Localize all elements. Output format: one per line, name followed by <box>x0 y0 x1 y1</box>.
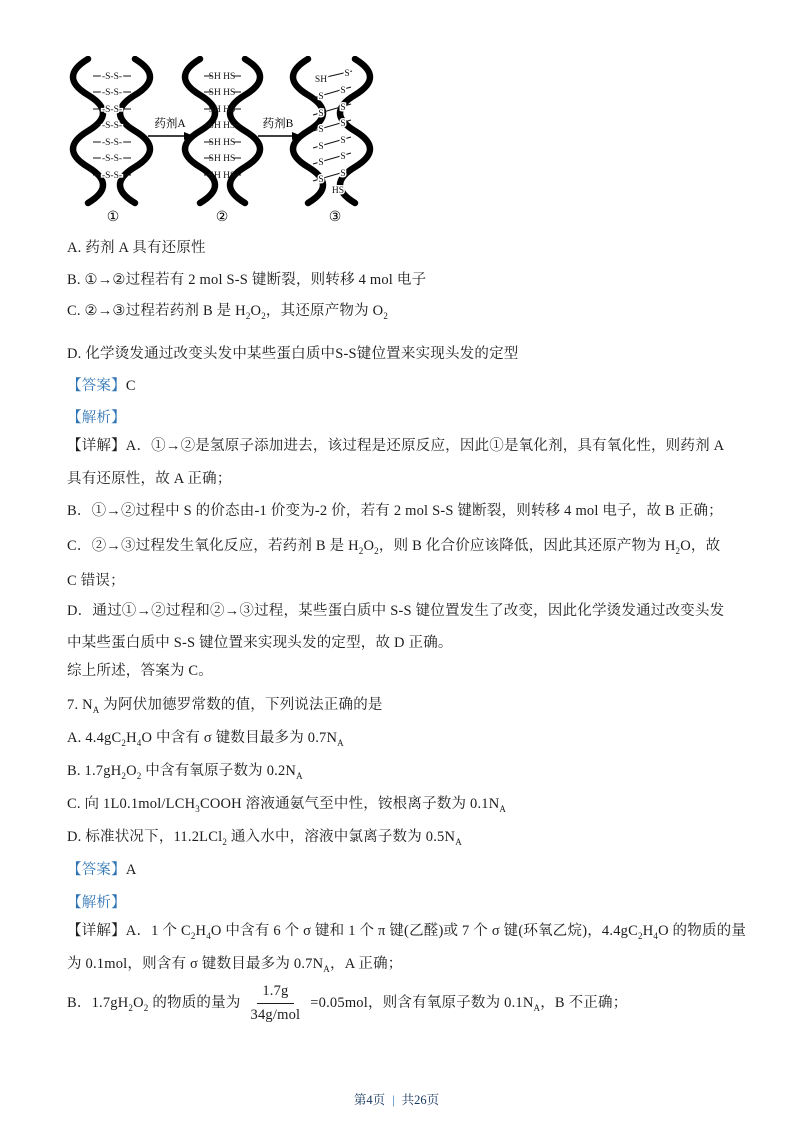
svg-text:S: S <box>340 119 345 129</box>
page-number: 第4页 <box>354 1093 385 1107</box>
fraction-prefix-text: B．1.7gH2O2 的物质的量为 <box>67 993 241 1014</box>
q7-detail-line-1: 【详解】A．1 个 C2H4O 中含有 6 个 σ 键和 1 个 π 键(乙醛)… <box>67 921 746 942</box>
svg-text:-S-S-: -S-S- <box>102 88 122 98</box>
svg-text:-S-S-: -S-S- <box>102 138 122 148</box>
svg-text:S: S <box>318 109 323 119</box>
q7-detail-line-2: 为 0.1mol，则含有 σ 键数目最多为 0.7NA，A 正确； <box>67 954 403 975</box>
q7-detail-line-b: B．1.7gH2O2 的物质的量为 1.7g 34g/mol =0.05mol，… <box>67 976 627 1030</box>
document-page: -S-S- -S-S- -S-S- -S-S- -S-S- -S-S- -S-S… <box>0 0 793 1122</box>
footer-separator: | <box>385 1093 402 1107</box>
total-pages: 共26页 <box>402 1093 440 1107</box>
q7-option-c: C. 向 1L0.1mol/LCH3COOH 溶液通氨气至中性，铵根离子数为 0… <box>67 794 506 815</box>
q6-detail-line-6: D．通过①→②过程和②→③过程，某些蛋白质中 S-S 键位置发生了改变，因此化学… <box>67 601 724 622</box>
svg-text:SH HS: SH HS <box>209 154 236 164</box>
q6-option-d: D. 化学烫发通过改变头发中某些蛋白质中S-S键位置来实现头发的定型 <box>67 344 518 365</box>
q7-option-d: D. 标准状况下，11.2LCl2 通入水中，溶液中氯离子数为 0.5NA <box>67 827 462 848</box>
svg-text:SH HS: SH HS <box>209 138 236 148</box>
svg-text:SH HS: SH HS <box>209 88 236 98</box>
q7-option-a: A. 4.4gC2H4O 中含有 σ 键数目最多为 0.7NA <box>67 728 344 749</box>
svg-text:SH HS: SH HS <box>209 105 236 115</box>
q7-answer-line: 【答案】A <box>67 860 136 881</box>
q6-option-a: A. 药剂 A 具有还原性 <box>67 238 206 259</box>
svg-text:-S-S-: -S-S- <box>102 105 122 115</box>
svg-text:S: S <box>340 103 345 113</box>
mole-fraction: 1.7g 34g/mol <box>246 981 306 1026</box>
q6-detail-line-4: C．②→③过程发生氧化反应，若药剂 B 是 H2O2，则 B 化合价应该降低，因… <box>67 536 720 557</box>
q6-answer-value: C <box>126 378 136 394</box>
svg-text:S: S <box>340 136 345 146</box>
fraction-suffix-text: =0.05mol，则含有氧原子数为 0.1NA，B 不正确； <box>310 993 627 1014</box>
reagent-b-label: 药剂B <box>263 116 294 130</box>
shhs-bond-label: SH HS <box>209 72 236 82</box>
step3-circled-number: ③ <box>329 210 342 225</box>
svg-text:SH HS: SH HS <box>209 121 236 131</box>
answer-bracket-label: 【答案】 <box>67 378 126 394</box>
q6-option-b: B. ①→②过程若有 2 mol S-S 键断裂，则转移 4 mol 电子 <box>67 270 426 291</box>
q7-analysis-label: 【解析】 <box>67 893 126 914</box>
svg-text:S: S <box>318 125 323 135</box>
q6-detail-line-7: 中某些蛋白质中 S-S 键位置来实现头发的定型，故 D 正确。 <box>67 633 453 654</box>
reagent-a-label: 药剂A <box>154 116 186 130</box>
step1-circled-number: ① <box>107 210 120 225</box>
q7-stem: 7. NA 为阿伏加德罗常数的值，下列说法正确的是 <box>67 695 383 716</box>
step2-circled-number: ② <box>216 210 229 225</box>
helix-1: -S-S- -S-S- -S-S- -S-S- -S-S- -S-S- -S-S… <box>73 59 150 225</box>
svg-text:S: S <box>318 92 323 102</box>
q7-option-b: B. 1.7gH2O2 中含有氧原子数为 0.2NA <box>67 761 303 782</box>
svg-text:S: S <box>318 142 323 152</box>
page-footer: 第4页|共26页 <box>0 1090 793 1108</box>
svg-text:S: S <box>318 158 323 168</box>
svg-text:S: S <box>344 69 349 79</box>
q6-answer-line: 【答案】C <box>67 376 136 397</box>
fraction-denominator: 34g/mol <box>246 1004 306 1026</box>
q6-detail-line-5: C 错误； <box>67 571 125 592</box>
svg-text:-S-S-: -S-S- <box>102 121 122 131</box>
reagent-a-arrow: 药剂A <box>148 116 194 140</box>
svg-text:SH HS: SH HS <box>209 171 236 181</box>
ss-bond-label: -S-S- <box>102 72 122 82</box>
hs-end-label: HS <box>332 186 344 196</box>
svg-text:-S-S-: -S-S- <box>102 154 122 164</box>
answer-bracket-label: 【答案】 <box>67 862 126 878</box>
q7-answer-value: A <box>126 862 137 878</box>
svg-text:S: S <box>340 152 345 162</box>
q6-detail-line-2: 具有还原性，故 A 正确； <box>67 469 232 490</box>
q6-option-c: C. ②→③过程若药剂 B 是 H2O2，其还原产物为 O2 <box>67 301 388 322</box>
perm-process-diagram: -S-S- -S-S- -S-S- -S-S- -S-S- -S-S- -S-S… <box>62 56 410 230</box>
fraction-numerator: 1.7g <box>257 981 293 1004</box>
svg-text:S: S <box>318 175 323 185</box>
q6-detail-line-3: B．①→②过程中 S 的价态由-1 价变为-2 价，若有 2 mol S-S 键… <box>67 501 723 522</box>
svg-text:S: S <box>340 169 345 179</box>
reagent-b-arrow: 药剂B <box>258 116 302 140</box>
q6-detail-line-1: 【详解】A．①→②是氢原子添加进去，该过程是还原反应，因此①是氧化剂，具有氧化性… <box>67 436 724 457</box>
q6-summary-line: 综上所述，答案为 C。 <box>67 661 213 682</box>
helix-3: SH S SS SS SS SS SS SS HS ③ <box>293 59 370 225</box>
q6-analysis-label: 【解析】 <box>67 408 126 429</box>
sh-end-label: SH <box>315 75 327 85</box>
helix-2: SH HS SH HS SH HS SH HS SH HS SH HS SH H… <box>185 59 260 225</box>
svg-text:-S-S-: -S-S- <box>102 171 122 181</box>
svg-text:S: S <box>340 86 345 96</box>
